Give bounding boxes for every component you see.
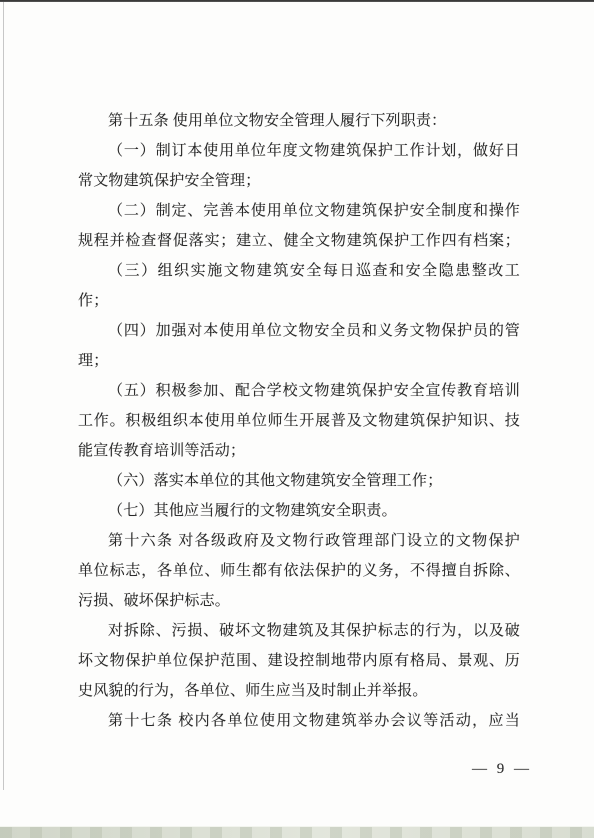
document-line: （三）组织实施文物建筑安全每日巡查和安全隐患整改工 [78, 256, 520, 286]
document-line: 污损、破坏保护标志。 [78, 586, 520, 616]
scan-left-edge [3, 2, 4, 790]
document-line: 对拆除、污损、破坏文物建筑及其保护标志的行为，以及破 [78, 616, 520, 646]
document-line: 能宣传教育培训等活动； [78, 436, 520, 466]
document-line: （四）加强对本使用单位文物安全员和义务文物保护员的管 [78, 316, 520, 346]
scan-bottom-strip [0, 826, 594, 838]
document-line: （二）制定、完善本使用单位文物建筑保护安全制度和操作 [78, 196, 520, 226]
document-line: 规程并检查督促落实；建立、健全文物建筑保护工作四有档案； [78, 226, 520, 256]
document-line: （五）积极参加、配合学校文物建筑保护安全宣传教育培训 [78, 376, 520, 406]
scan-top-edge [0, 0, 594, 2]
document-line: 理； [78, 346, 520, 376]
document-line-article-15-heading: 第十五条 使用单位文物安全管理人履行下列职责： [78, 106, 520, 136]
document-line: （一）制订本使用单位年度文物建筑保护工作计划，做好日 [78, 136, 520, 166]
document-line-article-16-heading: 第十六条 对各级政府及文物行政管理部门设立的文物保护 [78, 526, 520, 556]
document-text-block: 第十五条 使用单位文物安全管理人履行下列职责： （一）制订本使用单位年度文物建筑… [78, 106, 520, 736]
document-line: 常文物建筑保护安全管理； [78, 166, 520, 196]
document-line-article-17-heading: 第十七条 校内各单位使用文物建筑举办会议等活动，应当 [78, 706, 520, 736]
document-line: 单位标志，各单位、师生都有依法保护的义务，不得擅自拆除、 [78, 556, 520, 586]
document-line: 史风貌的行为，各单位、师生应当及时制止并举报。 [78, 676, 520, 706]
document-line: （六）落实本单位的其他文物建筑安全管理工作； [78, 466, 520, 496]
document-line: 坏文物保护单位保护范围、建设控制地带内原有格局、景观、历 [78, 646, 520, 676]
document-line: 工作。积极组织本使用单位师生开展普及文物建筑保护知识、技 [78, 406, 520, 436]
scanned-document-page: 第十五条 使用单位文物安全管理人履行下列职责： （一）制订本使用单位年度文物建筑… [0, 0, 594, 838]
page-number: — 9 — [472, 758, 532, 780]
document-line: 作； [78, 286, 520, 316]
document-line: （七）其他应当履行的文物建筑安全职责。 [78, 496, 520, 526]
